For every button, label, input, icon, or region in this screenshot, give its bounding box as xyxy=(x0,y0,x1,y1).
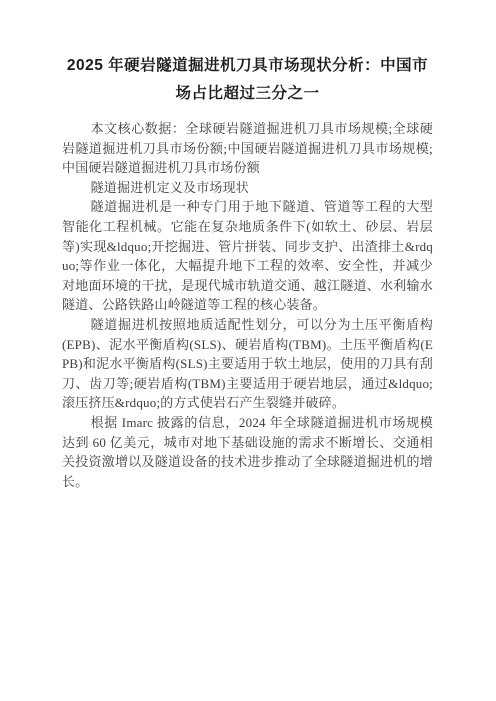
core-data-paragraph: 本文核心数据：全球硬岩隧道掘进机刀具市场规模;全球硬岩隧道掘进机刀具市场份额;中… xyxy=(62,119,433,178)
tbm-classification-paragraph: 隧道掘进机按照地质适配性划分，可以分为土压平衡盾构(EPB)、泥水平衡盾构(SL… xyxy=(62,315,433,413)
article-title: 2025 年硬岩隧道掘进机刀具市场现状分析：中国市场占比超过三分之一 xyxy=(62,52,433,108)
market-size-paragraph: 根据 Imarc 披露的信息，2024 年全球隧道掘进机市场规模达到 60 亿美… xyxy=(62,413,433,491)
article-page: 2025 年硬岩隧道掘进机刀具市场现状分析：中国市场占比超过三分之一 本文核心数… xyxy=(0,0,496,701)
section-heading: 隧道掘进机定义及市场现状 xyxy=(62,178,433,198)
tbm-definition-paragraph: 隧道掘进机是一种专门用于地下隧道、管道等工程的大型智能化工程机械。它能在复杂地质… xyxy=(62,197,433,315)
article-body: 本文核心数据：全球硬岩隧道掘进机刀具市场规模;全球硬岩隧道掘进机刀具市场份额;中… xyxy=(62,119,433,491)
